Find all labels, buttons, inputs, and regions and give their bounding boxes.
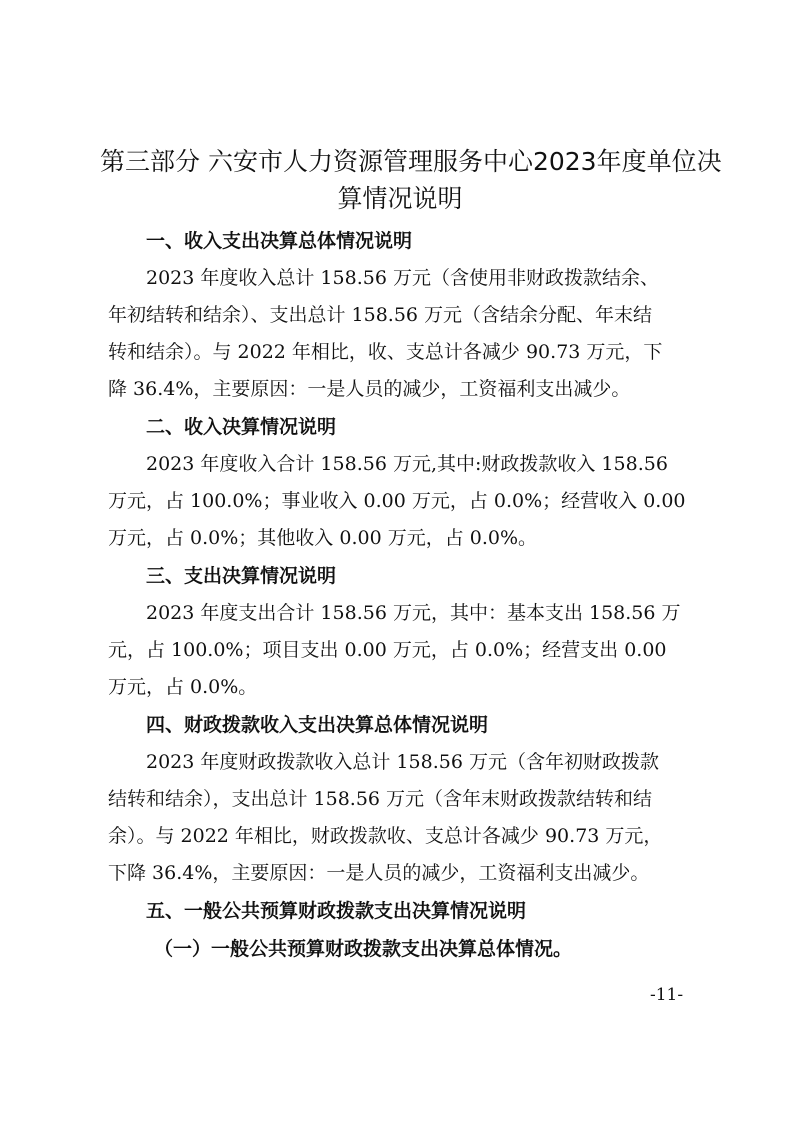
paragraph-line: 降 36.4%，主要原因：一是人员的减少，工资福利支出减少。 (108, 371, 693, 408)
paragraph-line: 转和结余）。与 2022 年相比，收、支总计各减少 90.73 万元，下 (108, 334, 693, 371)
paragraph-line: 结转和结余），支出总计 158.56 万元（含年末财政拨款结转和结 (108, 781, 693, 818)
paragraph-line: 万元，占 100.0%；事业收入 0.00 万元，占 0.0%；经营收入 0.0… (108, 483, 693, 520)
paragraph-line: 2023 年度收入总计 158.56 万元（含使用非财政拨款结余、 (108, 260, 693, 297)
paragraph-line: 余）。与 2022 年相比，财政拨款收、支总计各减少 90.73 万元， (108, 818, 693, 855)
paragraph-line: 2023 年度支出合计 158.56 万元，其中：基本支出 158.56 万 (108, 595, 693, 632)
paragraph-line: 年初结转和结余）、支出总计 158.56 万元（含结余分配、年末结 (108, 297, 693, 334)
paragraph-line: 2023 年度收入合计 158.56 万元,其中:财政拨款收入 158.56 (108, 446, 693, 483)
section-heading-2: 二、收入决算情况说明 (108, 408, 693, 446)
section-paragraph-3: 2023 年度支出合计 158.56 万元，其中：基本支出 158.56 万 元… (108, 595, 693, 706)
subsection-heading-5-1: （一）一般公共预算财政拨款支出决算总体情况。 (108, 930, 693, 968)
section-heading-1: 一、收入支出决算总体情况说明 (108, 222, 693, 260)
page-number: -11- (650, 985, 683, 1005)
page-title: 第三部分 六安市人力资源管理服务中心2023年度单位决 算情况说明 (100, 143, 700, 217)
paragraph-line: 万元，占 0.0%；其他收入 0.00 万元，占 0.0%。 (108, 520, 693, 557)
section-heading-5: 五、一般公共预算财政拨款支出决算情况说明 (108, 892, 693, 930)
section-paragraph-1: 2023 年度收入总计 158.56 万元（含使用非财政拨款结余、 年初结转和结… (108, 260, 693, 408)
section-paragraph-2: 2023 年度收入合计 158.56 万元,其中:财政拨款收入 158.56 万… (108, 446, 693, 557)
section-heading-4: 四、财政拨款收入支出决算总体情况说明 (108, 706, 693, 744)
paragraph-line: 万元，占 0.0%。 (108, 669, 693, 706)
paragraph-line: 元，占 100.0%；项目支出 0.00 万元，占 0.0%；经营支出 0.00 (108, 632, 693, 669)
title-line-1: 第三部分 六安市人力资源管理服务中心2023年度单位决 (100, 143, 700, 180)
title-line-2: 算情况说明 (100, 180, 700, 217)
section-paragraph-4: 2023 年度财政拨款收入总计 158.56 万元（含年初财政拨款 结转和结余）… (108, 744, 693, 892)
paragraph-line: 下降 36.4%，主要原因：一是人员的减少，工资福利支出减少。 (108, 855, 693, 892)
document-page: 第三部分 六安市人力资源管理服务中心2023年度单位决 算情况说明 一、收入支出… (0, 0, 793, 1122)
paragraph-line: 2023 年度财政拨款收入总计 158.56 万元（含年初财政拨款 (108, 744, 693, 781)
section-heading-3: 三、支出决算情况说明 (108, 557, 693, 595)
document-body: 一、收入支出决算总体情况说明 2023 年度收入总计 158.56 万元（含使用… (108, 222, 693, 968)
